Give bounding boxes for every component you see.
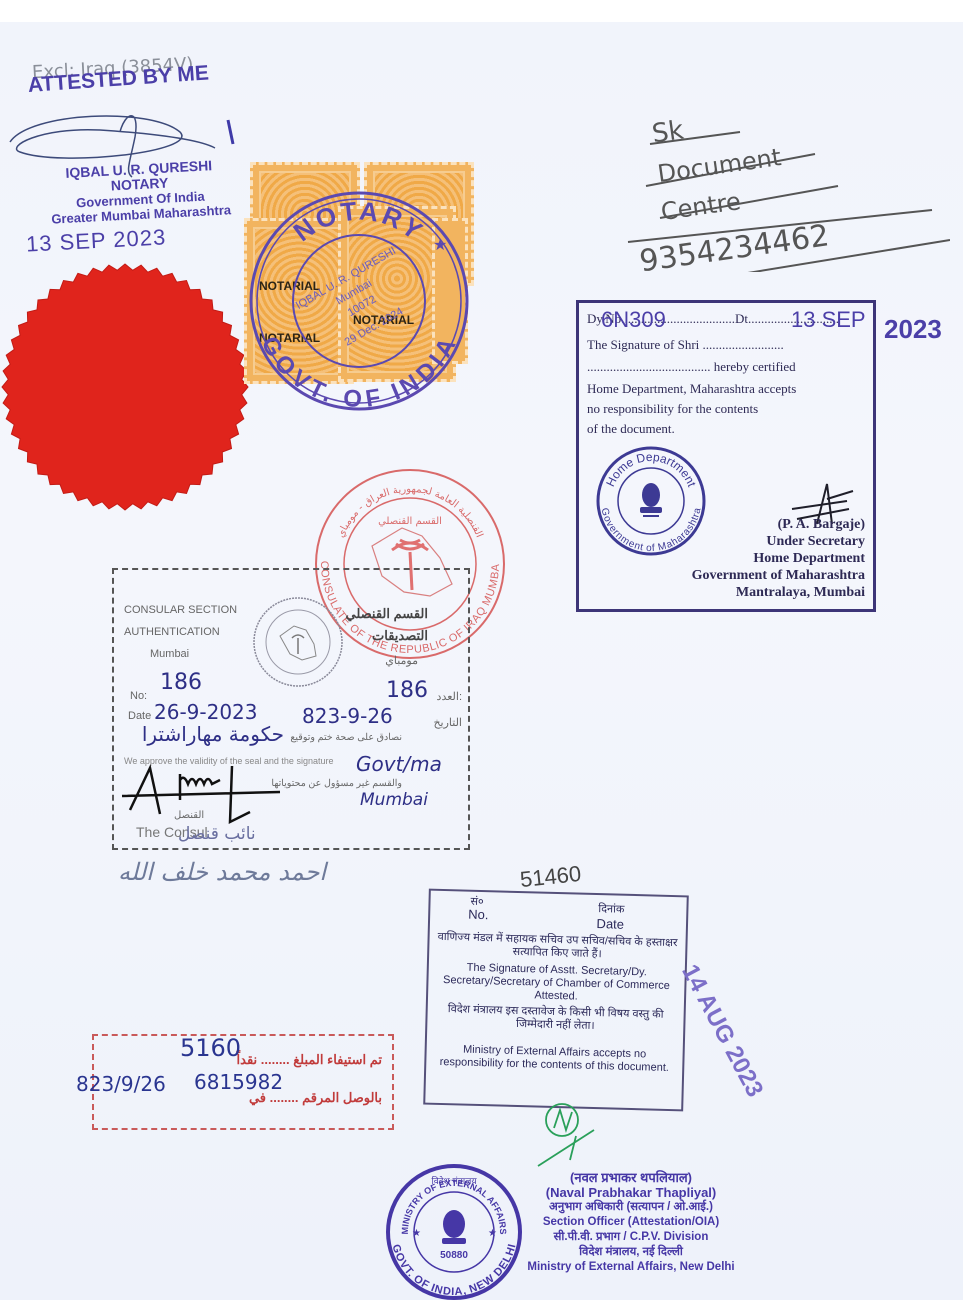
chamber-of-commerce-attestation: सं० No. दिनांक Date वाणिज्य मंडल में सहा… [423,889,689,1112]
handwritten-arabic: حكومة مهاراشترا [114,722,284,746]
home-department-stamp: Dy.No...................................… [576,300,876,612]
consular-date: 26-9-2023 [154,700,258,724]
svg-text:القسم القنصلي: القسم القنصلي [378,516,442,527]
svg-text:Sk: Sk [650,115,685,149]
home-year: 2023 [884,314,942,345]
consul-signature [120,760,290,830]
red-wax-seal [0,262,250,512]
consular-date-ar: 823-9-26 [302,704,393,728]
notary-round-seal: NOTARY GOVT. OF INDIA ★ IQBAL U. R. QURE… [248,190,470,412]
home-date: 13 SEP [791,307,866,333]
consular-no: 186 [160,670,202,695]
svg-text:Government of Maharashtra: Government of Maharashtra [598,507,704,555]
dy-number: 6N309 [601,307,666,333]
svg-text:50880: 50880 [440,1250,468,1261]
emblem-icon [442,1210,466,1244]
document-page: Excl: Iraq (3854V) ATTESTED BY ME IQBAL … [0,22,963,1300]
home-department-seal: Home Department Government of Maharashtr… [595,445,707,557]
svg-text:★: ★ [433,237,447,254]
green-check-mark [536,1100,596,1170]
svg-text:GOVT. OF INDIA: GOVT. OF INDIA [256,332,463,412]
aug-date-stamp: 14 AUG 2023 [675,960,768,1102]
fee-amount: 5160 [180,1034,241,1062]
home-signatory-block: (P. A. Bargaje) Under Secretary Home Dep… [692,516,865,601]
svg-text:★: ★ [488,1228,497,1239]
svg-text:NOTARY: NOTARY [288,195,431,247]
mea-signatory-block: (नवल प्रभाकर थपलियाल) (Naval Prabhakar T… [526,1170,736,1275]
iraq-consulate-round-seal [250,594,346,690]
commerce-number: 51460 [519,861,583,893]
svg-text:विदेश मंत्रालय: विदेश मंत्रालय [431,1175,477,1187]
signer-name-arabic: احمد محمد خلف الله [118,858,326,886]
iraq-consular-authentication: CONSULAR SECTION AUTHENTICATION Mumbai ا… [112,568,470,850]
consular-no-ar: 186 [386,678,428,703]
svg-text:Centre: Centre [659,187,742,226]
consular-fee-receipt: تم استيفاء المبلغ ........ نقداً بالوصل … [92,1034,394,1130]
svg-text:★: ★ [412,1228,421,1239]
receipt-date: 823/9/26 [76,1072,166,1096]
emblem-icon [640,483,662,517]
mea-round-seal: MINISTRY OF EXTERNAL AFFAIRS GOVT. OF IN… [384,1162,524,1300]
notary-date: 13 SEP 2023 [25,224,166,257]
notary-stamp-text: IQBAL U. R. QURESHI NOTARY Government Of… [39,157,242,227]
agent-handwriting: Sk Document Centre 9354234462 [600,92,950,272]
receipt-number: 6815982 [194,1070,283,1094]
